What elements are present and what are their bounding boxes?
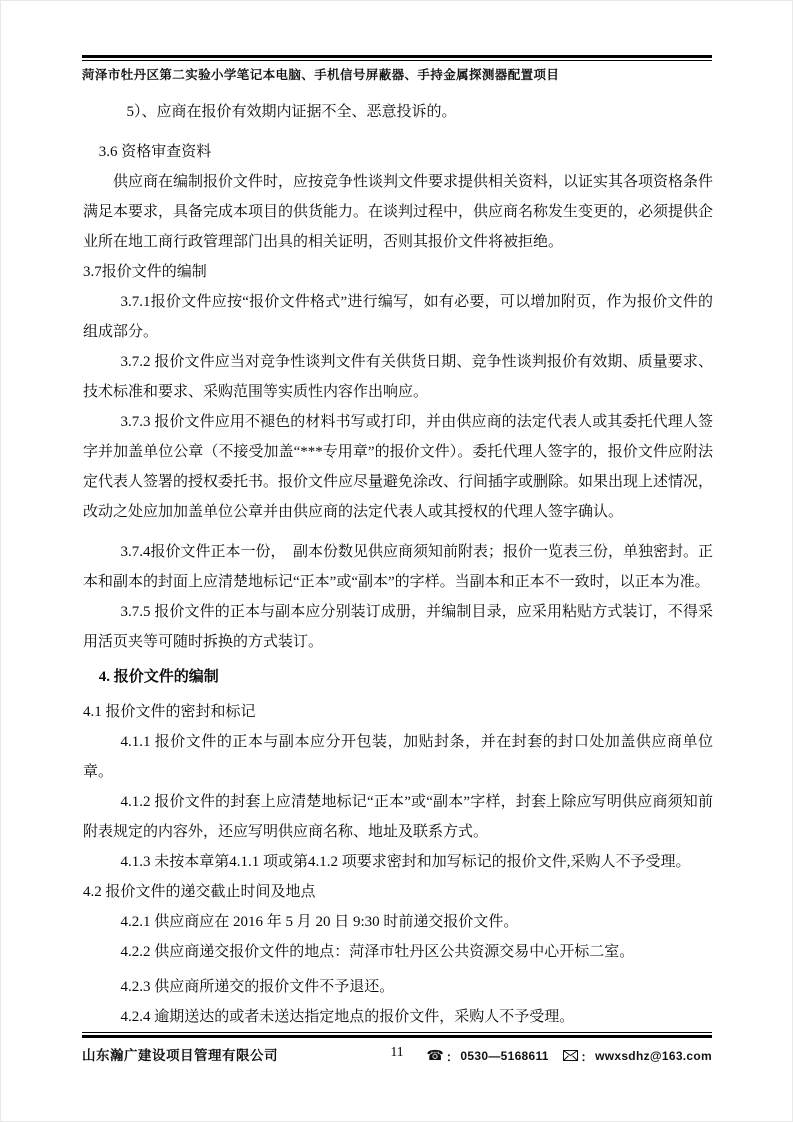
footer-page-number: 11	[391, 1044, 404, 1060]
footer-contact: ☎ ： 0530—5168611 ： wwxsdhz@163.com	[426, 1048, 712, 1065]
document-page: 菏泽市牡丹区第二实验小学笔记本电脑、手机信号屏蔽器、手持金属探测器配置项目 5）…	[0, 0, 793, 1122]
email-separator: ：	[581, 1048, 593, 1065]
document-body: 5）、应商在报价有效期内证据不全、恶意投诉的。3.6 资格审查资料供应商在编制报…	[83, 97, 713, 1032]
section-4-1: 4.1 报价文件的密封和标记	[83, 697, 713, 727]
envelope-icon	[563, 1050, 578, 1064]
page-footer: 山东瀚广建设项目管理有限公司 11 ☎ ： 0530—5168611 ： wwx…	[82, 1032, 712, 1065]
paragraph-3-7-1: 3.7.1报价文件应按“报价文件格式”进行编写，如有必要，可以增加附页，作为报价…	[83, 287, 713, 347]
phone-icon: ☎	[426, 1049, 444, 1063]
paragraph-4-1-1: 4.1.1 报价文件的正本与副本应分开包装，加贴封条，并在封套的封口处加盖供应商…	[83, 727, 713, 787]
header-rule-thin	[82, 60, 712, 61]
paragraph-3-7-2: 3.7.2 报价文件应当对竞争性谈判文件有关供货日期、竞争性谈判报价有效期、质量…	[83, 347, 713, 407]
footer-email-address: wwxsdhz@163.com	[595, 1049, 712, 1063]
section-4-2: 4.2 报价文件的递交截止时间及地点	[83, 877, 713, 907]
footer-row: 山东瀚广建设项目管理有限公司 11 ☎ ： 0530—5168611 ： wwx…	[82, 1044, 712, 1065]
heading-4: 4. 报价文件的编制	[83, 662, 713, 692]
paragraph-3-7-4: 3.7.4报价文件正本一份， 副本份数见供应商须知前附表；报价一览表三份，单独密…	[83, 537, 713, 597]
paragraph-3-7-3: 3.7.3 报价文件应用不褪色的材料书写或打印，并由供应商的法定代表人或其委托代…	[83, 407, 713, 527]
paragraph-item-5: 5）、应商在报价有效期内证据不全、恶意投诉的。	[83, 97, 713, 127]
footer-company-name: 山东瀚广建设项目管理有限公司	[82, 1044, 278, 1064]
header-rule-thick	[82, 55, 712, 58]
paragraph-3-6-body: 供应商在编制报价文件时，应按竞争性谈判文件要求提供相关资料，以证实其各项资格条件…	[83, 167, 713, 257]
paragraph-4-2-4: 4.2.4 逾期送达的或者未送达指定地点的报价文件，采购人不予受理。	[83, 1002, 713, 1032]
footer-rule-thin	[82, 1032, 712, 1033]
phone-separator: ：	[446, 1048, 458, 1065]
document-header-title: 菏泽市牡丹区第二实验小学笔记本电脑、手机信号屏蔽器、手持金属探测器配置项目	[82, 65, 712, 83]
page-header: 菏泽市牡丹区第二实验小学笔记本电脑、手机信号屏蔽器、手持金属探测器配置项目	[82, 55, 712, 83]
paragraph-4-2-2: 4.2.2 供应商递交报价文件的地点：菏泽市牡丹区公共资源交易中心开标二室。	[83, 937, 713, 967]
paragraph-4-1-3: 4.1.3 未按本章第4.1.1 项或第4.1.2 项要求密封和加写标记的报价文…	[83, 847, 713, 877]
section-3-7: 3.7报价文件的编制	[83, 257, 713, 287]
section-3-6: 3.6 资格审查资料	[83, 137, 713, 167]
paragraph-3-7-5: 3.7.5 报价文件的正本与副本应分别装订成册，并编制目录，应采用粘贴方式装订，…	[83, 597, 713, 657]
paragraph-4-2-1: 4.2.1 供应商应在 2016 年 5 月 20 日 9:30 时前递交报价文…	[83, 907, 713, 937]
footer-rule-thick	[82, 1035, 712, 1038]
footer-phone-number: 0530—5168611	[460, 1049, 548, 1063]
paragraph-4-1-2: 4.1.2 报价文件的封套上应清楚地标记“正本”或“副本”字样，封套上除应写明供…	[83, 787, 713, 847]
paragraph-4-2-3: 4.2.3 供应商所递交的报价文件不予退还。	[83, 972, 713, 1002]
